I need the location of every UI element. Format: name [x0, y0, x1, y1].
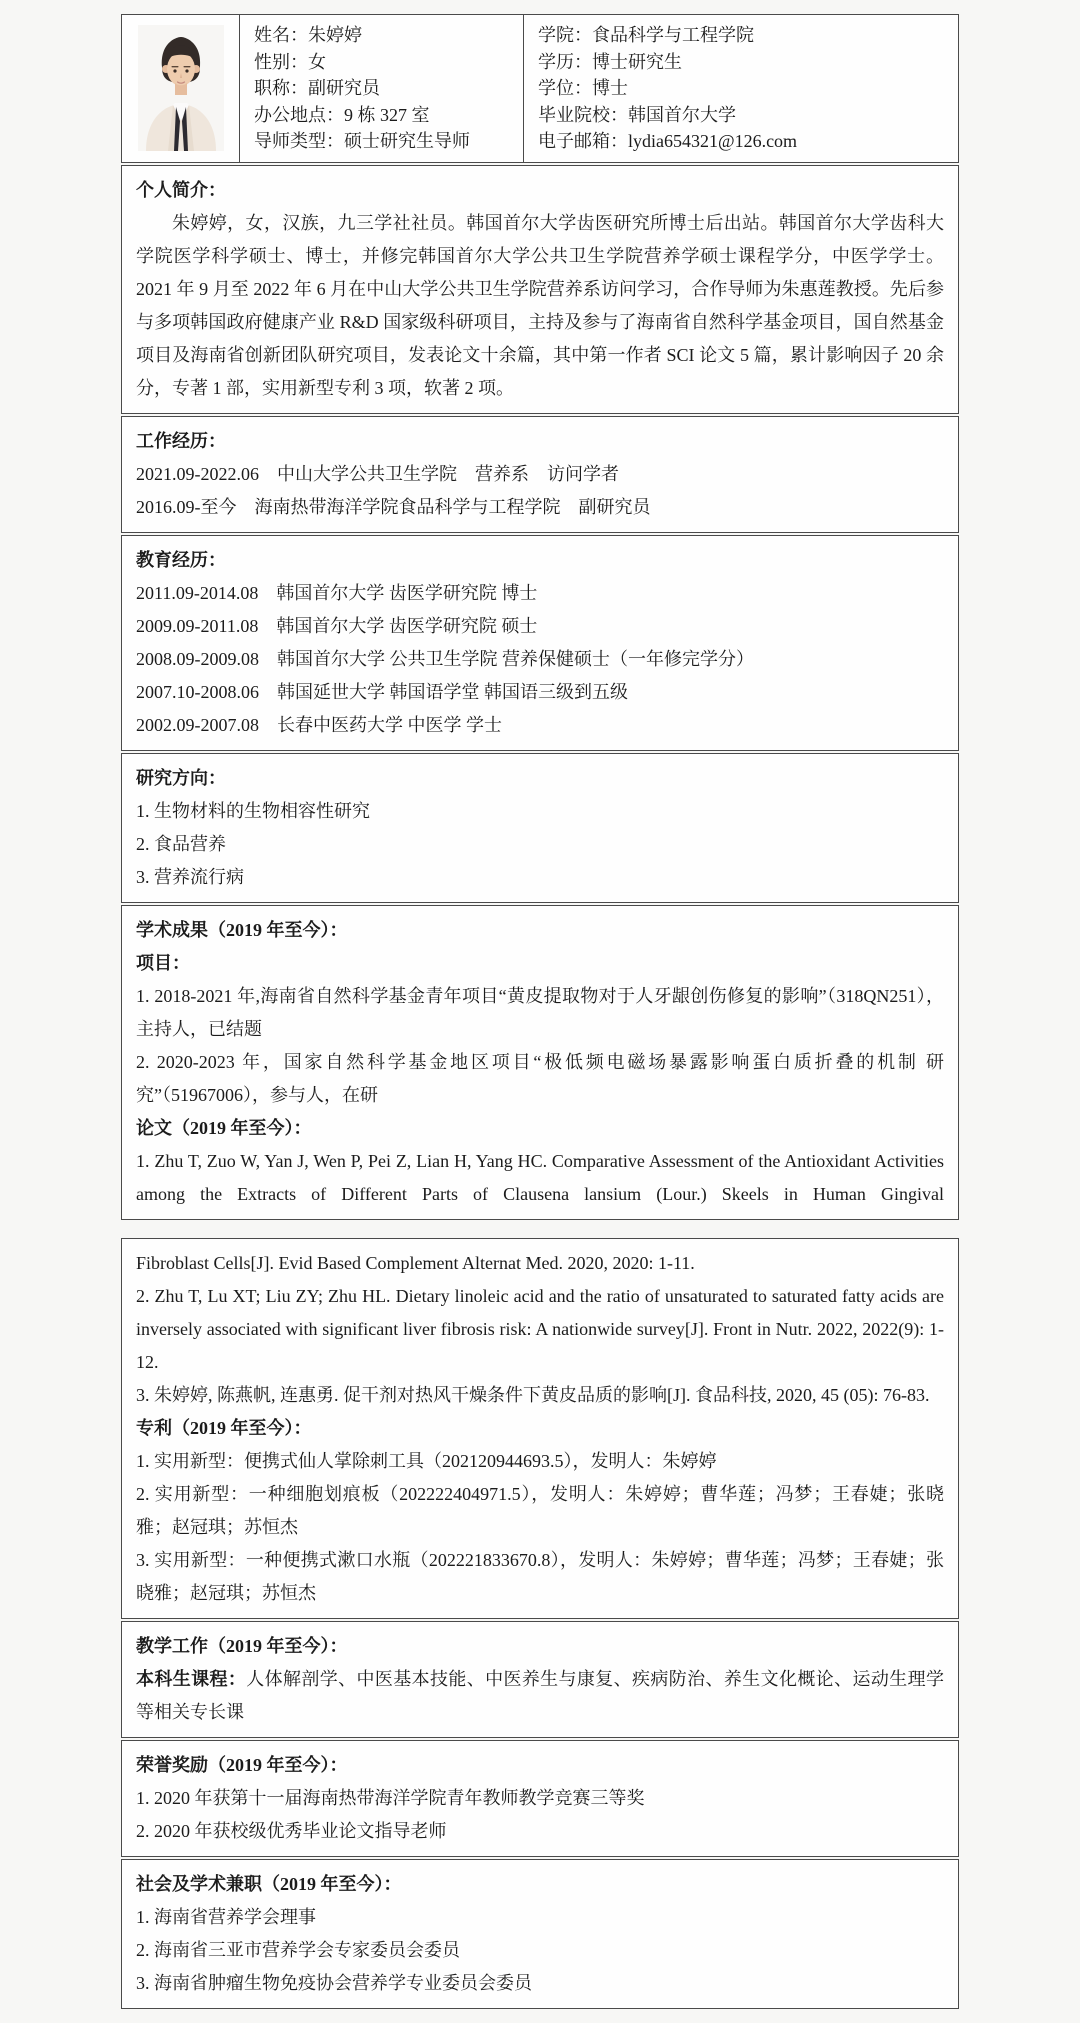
field-value: 9 栋 327 室 — [344, 105, 430, 125]
work-title: 工作经历： — [136, 425, 944, 458]
intro-title: 个人简介： — [136, 174, 944, 207]
email-text: lydia654321@126.com — [628, 131, 797, 151]
patents-subtitle: 专利（2019 年至今）： — [136, 1412, 944, 1445]
honor-item: 1. 2020 年获第十一届海南热带海洋学院青年教师教学竞赛三等奖 — [136, 1782, 944, 1815]
page-2: Fibroblast Cells[J]. Evid Based Compleme… — [121, 1238, 959, 2009]
education-item: 2009.09-2011.08 韩国首尔大学 齿医学研究院 硕士 — [136, 610, 944, 643]
field-college: 学院：食品科学与工程学院 — [538, 22, 952, 49]
field-office: 办公地点：9 栋 327 室 — [254, 102, 517, 129]
patent-item: 3. 实用新型：一种便携式漱口水瓶（202221833670.8），发明人：朱婷… — [136, 1544, 944, 1610]
section-research: 研究方向： 1. 生物材料的生物相容性研究 2. 食品营养 3. 营养流行病 — [121, 753, 959, 903]
field-label: 导师类型： — [254, 131, 344, 151]
work-item: 2016.09-至今 海南热带海洋学院食品科学与工程学院 副研究员 — [136, 491, 944, 524]
woman-portrait-illustration — [138, 25, 224, 151]
section-affiliations: 社会及学术兼职（2019 年至今）： 1. 海南省营养学会理事 2. 海南省三亚… — [121, 1859, 959, 2009]
education-title: 教育经历： — [136, 544, 944, 577]
field-alma-mater: 毕业院校：韩国首尔大学 — [538, 102, 952, 129]
field-value: 女 — [308, 52, 326, 72]
field-label: 学院： — [538, 25, 592, 45]
education-item: 2002.09-2007.08 长春中医药大学 中医学 学士 — [136, 709, 944, 742]
affiliation-item: 3. 海南省肿瘤生物免疫协会营养学专业委员会委员 — [136, 1967, 944, 2000]
project-item: 2. 2020-2023 年，国家自然科学基金地区项目“极低频电磁场暴露影响蛋白… — [136, 1046, 944, 1112]
patent-item: 1. 实用新型：便携式仙人掌除刺工具（202120944693.5），发明人：朱… — [136, 1445, 944, 1478]
papers-subtitle: 论文（2019 年至今）： — [136, 1112, 944, 1145]
courses-label: 本科生课程： — [136, 1669, 246, 1689]
work-item: 2021.09-2022.06 中山大学公共卫生学院 营养系 访问学者 — [136, 458, 944, 491]
projects-subtitle: 项目： — [136, 947, 944, 980]
field-label: 办公地点： — [254, 105, 344, 125]
field-label: 学位： — [538, 78, 592, 98]
cv-document: 姓名：朱婷婷 性别：女 职称：副研究员 办公地点：9 栋 327 室 导师类型：… — [121, 0, 959, 2009]
field-label: 电子邮箱： — [538, 131, 628, 151]
field-name: 姓名：朱婷婷 — [254, 22, 517, 49]
field-value: 食品科学与工程学院 — [592, 25, 754, 45]
paper-item-part1: 1. Zhu T, Zuo W, Yan J, Wen P, Pei Z, Li… — [136, 1145, 944, 1211]
intro-paragraph: 朱婷婷，女，汉族，九三学社社员。韩国首尔大学齿医研究所博士后出站。韩国首尔大学齿… — [136, 207, 944, 405]
photo-cell — [122, 15, 240, 162]
paper-item-part2: Fibroblast Cells[J]. Evid Based Compleme… — [136, 1247, 944, 1280]
affiliation-item: 1. 海南省营养学会理事 — [136, 1901, 944, 1934]
field-value: 副研究员 — [308, 78, 380, 98]
field-gender: 性别：女 — [254, 49, 517, 76]
achievements-title: 学术成果（2019 年至今）： — [136, 914, 944, 947]
research-item: 1. 生物材料的生物相容性研究 — [136, 795, 944, 828]
field-value: 博士 — [592, 78, 628, 98]
field-supervisor-type: 导师类型：硕士研究生导师 — [254, 128, 517, 155]
project-item: 1. 2018-2021 年,海南省自然科学基金青年项目“黄皮提取物对于人牙龈创… — [136, 980, 944, 1046]
profile-info-right: 学院：食品科学与工程学院 学历：博士研究生 学位：博士 毕业院校：韩国首尔大学 … — [524, 15, 958, 162]
honor-item: 2. 2020 年获校级优秀毕业论文指导老师 — [136, 1815, 944, 1848]
field-label: 职称： — [254, 78, 308, 98]
honors-title: 荣誉奖励（2019 年至今）： — [136, 1749, 944, 1782]
field-label: 毕业院校： — [538, 105, 628, 125]
field-label: 姓名： — [254, 25, 308, 45]
section-intro: 个人简介： 朱婷婷，女，汉族，九三学社社员。韩国首尔大学齿医研究所博士后出站。韩… — [121, 165, 959, 414]
education-item: 2007.10-2008.06 韩国延世大学 韩国语学堂 韩国语三级到五级 — [136, 676, 944, 709]
field-degree: 学位：博士 — [538, 75, 952, 102]
paper-item: 2. Zhu T, Lu XT; Liu ZY; Zhu HL. Dietary… — [136, 1280, 944, 1379]
field-value: 韩国首尔大学 — [628, 105, 736, 125]
courses-text: 人体解剖学、中医基本技能、中医养生与康复、疾病防治、养生文化概论、运动生理学等相… — [136, 1669, 944, 1722]
research-title: 研究方向： — [136, 762, 944, 795]
section-achievements: 学术成果（2019 年至今）： 项目： 1. 2018-2021 年,海南省自然… — [121, 905, 959, 1220]
field-label: 性别： — [254, 52, 308, 72]
section-work: 工作经历： 2021.09-2022.06 中山大学公共卫生学院 营养系 访问学… — [121, 416, 959, 533]
research-item: 3. 营养流行病 — [136, 861, 944, 894]
affiliation-item: 2. 海南省三亚市营养学会专家委员会委员 — [136, 1934, 944, 1967]
section-teaching: 教学工作（2019 年至今）： 本科生课程：人体解剖学、中医基本技能、中医养生与… — [121, 1621, 959, 1738]
field-value: 硕士研究生导师 — [344, 131, 470, 151]
section-education: 教育经历： 2011.09-2014.08 韩国首尔大学 齿医学研究院 博士 2… — [121, 535, 959, 751]
paper-item: 3. 朱婷婷, 陈燕帆, 连惠勇. 促干剂对热风干燥条件下黄皮品质的影响[J].… — [136, 1379, 944, 1412]
profile-photo — [138, 25, 224, 151]
field-value: 朱婷婷 — [308, 25, 362, 45]
teaching-title: 教学工作（2019 年至今）： — [136, 1630, 944, 1663]
section-achievements-continued: Fibroblast Cells[J]. Evid Based Compleme… — [121, 1238, 959, 1619]
patent-item: 2. 实用新型：一种细胞划痕板（202222404971.5），发明人：朱婷婷；… — [136, 1478, 944, 1544]
affiliations-title: 社会及学术兼职（2019 年至今）： — [136, 1868, 944, 1901]
page-1: 姓名：朱婷婷 性别：女 职称：副研究员 办公地点：9 栋 327 室 导师类型：… — [121, 14, 959, 1220]
teaching-courses: 本科生课程：人体解剖学、中医基本技能、中医养生与康复、疾病防治、养生文化概论、运… — [136, 1663, 944, 1729]
section-honors: 荣誉奖励（2019 年至今）： 1. 2020 年获第十一届海南热带海洋学院青年… — [121, 1740, 959, 1857]
field-value: 博士研究生 — [592, 52, 682, 72]
education-item: 2008.09-2009.08 韩国首尔大学 公共卫生学院 营养保健硕士（一年修… — [136, 643, 944, 676]
field-email: 电子邮箱：lydia654321@126.com — [538, 128, 952, 155]
field-title: 职称：副研究员 — [254, 75, 517, 102]
profile-table: 姓名：朱婷婷 性别：女 职称：副研究员 办公地点：9 栋 327 室 导师类型：… — [121, 14, 959, 163]
field-education-level: 学历：博士研究生 — [538, 49, 952, 76]
research-item: 2. 食品营养 — [136, 828, 944, 861]
education-item: 2011.09-2014.08 韩国首尔大学 齿医学研究院 博士 — [136, 577, 944, 610]
profile-info-left: 姓名：朱婷婷 性别：女 职称：副研究员 办公地点：9 栋 327 室 导师类型：… — [240, 15, 524, 162]
field-label: 学历： — [538, 52, 592, 72]
